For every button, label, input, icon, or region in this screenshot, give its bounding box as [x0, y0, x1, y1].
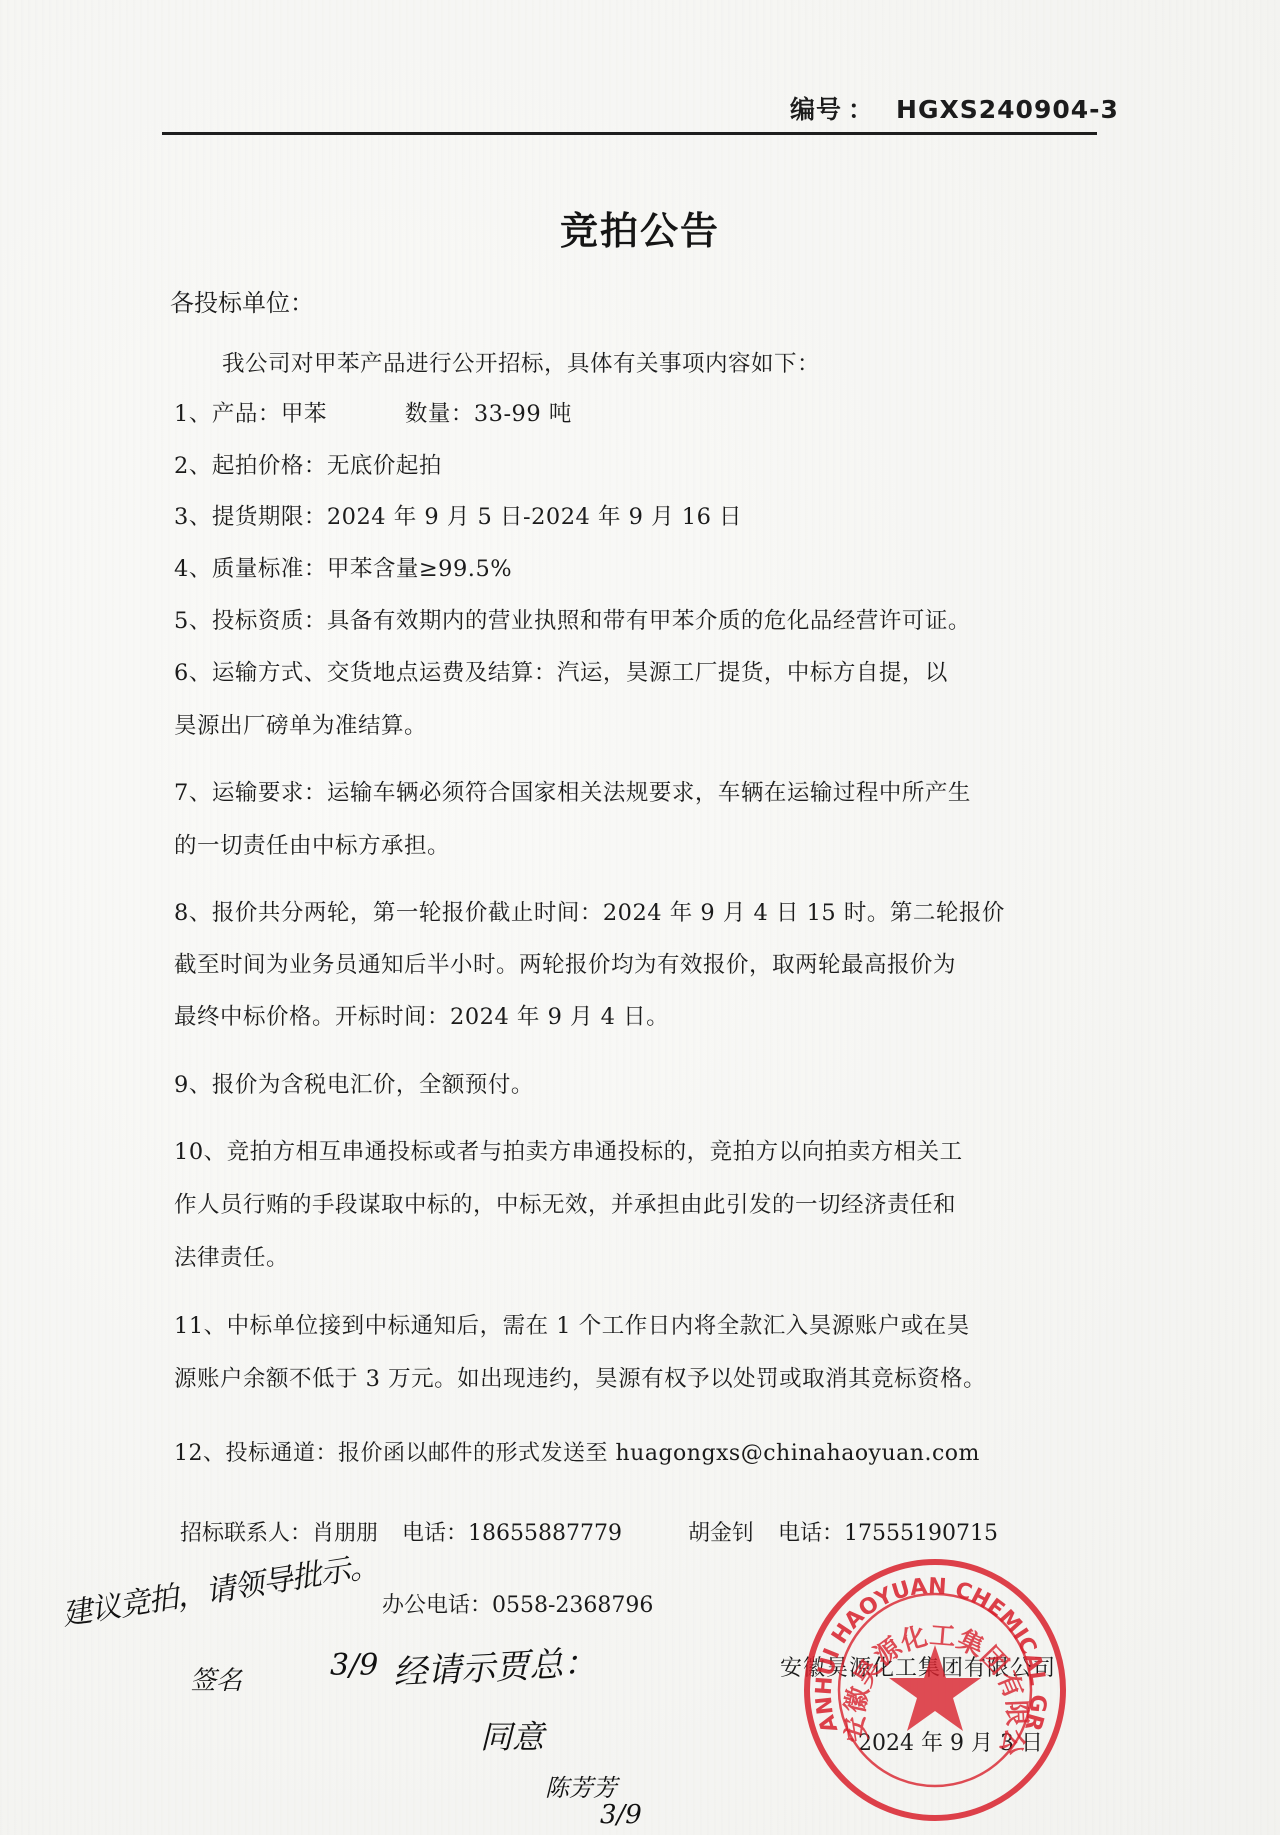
item-7-line-1: 7、运输要求：运输车辆必须符合国家相关法规要求，车辆在运输过程中所产生: [174, 775, 971, 807]
intro-paragraph: 我公司对甲苯产品进行公开招标，具体有关事项内容如下：: [222, 346, 820, 378]
handwritten-note-approval: 同意: [480, 1712, 544, 1758]
document-number-value: HGXS240904-3: [896, 95, 1119, 124]
phone-label-1: 电话：: [402, 1521, 468, 1546]
document-number-label: 编号: [790, 95, 842, 124]
handwritten-date-2: 3/9: [600, 1800, 642, 1830]
item-1-quantity: 数量：33-99 吨: [405, 401, 572, 427]
document-number-separator: ：: [848, 95, 874, 124]
contact-phone-2: 17555190715: [844, 1521, 998, 1546]
item-9: 9、报价为含税电汇价，全额预付。: [174, 1067, 534, 1099]
handwritten-date-1: 3/9: [330, 1648, 378, 1683]
item-1-product: 1、产品：甲苯: [174, 401, 327, 427]
contact-label: 招标联系人：: [180, 1521, 312, 1546]
item-4: 4、质量标准：甲苯含量≥99.5%: [174, 551, 512, 583]
salutation: 各投标单位：: [170, 283, 314, 318]
item-8-line-1: 8、报价共分两轮，第一轮报价截止时间：2024 年 9 月 4 日 15 时。第…: [174, 895, 1005, 927]
item-1: 1、产品：甲苯数量：33-99 吨: [174, 396, 572, 428]
office-phone: 办公电话：0558-2368796: [382, 1588, 653, 1619]
item-6-line-1: 6、运输方式、交货地点运费及结算：汽运，昊源工厂提货，中标方自提，以: [174, 655, 948, 687]
handwritten-note-instruction: 经请示贾总：: [392, 1635, 598, 1695]
item-10-line-1: 10、竞拍方相互串通投标或者与拍卖方串通投标的，竞拍方以向拍卖方相关工: [174, 1134, 963, 1166]
page-title: 竞拍公告: [0, 200, 1280, 255]
item-8-line-3: 最终中标价格。开标时间：2024 年 9 月 4 日。: [174, 999, 669, 1031]
item-10-line-3: 法律责任。: [174, 1240, 289, 1272]
phone-label-2: 电话：: [778, 1521, 844, 1546]
header-rule: [162, 132, 1097, 135]
item-11-line-1: 11、中标单位接到中标通知后，需在 1 个工作日内将全款汇入昊源账户或在昊: [174, 1308, 970, 1340]
item-6-line-2: 昊源出厂磅单为准结算。: [174, 708, 427, 740]
handwritten-signature-2: 陈芳芳: [545, 1768, 617, 1803]
handwritten-note-recommendation: 建议竞拍，请领导批示。: [59, 1540, 381, 1633]
contact-phone-1: 18655887779: [468, 1521, 622, 1546]
item-12-submission-email: 12、投标通道：报价函以邮件的形式发送至 huagongxs@chinahaoy…: [174, 1436, 980, 1467]
contact-row: 招标联系人：肖朋朋电话：18655887779胡金钊电话：17555190715: [180, 1516, 998, 1547]
item-8-line-2: 截至时间为业务员通知后半小时。两轮报价均为有效报价，取两轮最高报价为: [174, 947, 956, 979]
item-5: 5、投标资质：具备有效期内的营业执照和带有甲苯介质的危化品经营许可证。: [174, 603, 971, 635]
handwritten-signature-1: 签名: [190, 1660, 242, 1697]
document-number: 编号：HGXS240904-3: [790, 90, 1119, 126]
seal-icon: ANHUI HAOYUAN CHEMICAL GROUP CO.,LTD 安徽昊…: [790, 1550, 1080, 1830]
item-11-line-2: 源账户余额不低于 3 万元。如出现违约，昊源有权予以处罚或取消其竞标资格。: [174, 1361, 986, 1393]
contact-person-2: 胡金钊: [688, 1521, 754, 1546]
item-2: 2、起拍价格：无底价起拍: [174, 448, 442, 480]
item-7-line-2: 的一切责任由中标方承担。: [174, 828, 450, 860]
company-seal: ANHUI HAOYUAN CHEMICAL GROUP CO.,LTD 安徽昊…: [790, 1550, 1080, 1830]
item-3: 3、提货期限：2024 年 9 月 5 日-2024 年 9 月 16 日: [174, 499, 742, 531]
item-10-line-2: 作人员行贿的手段谋取中标的，中标无效，并承担由此引发的一切经济责任和: [174, 1187, 956, 1219]
